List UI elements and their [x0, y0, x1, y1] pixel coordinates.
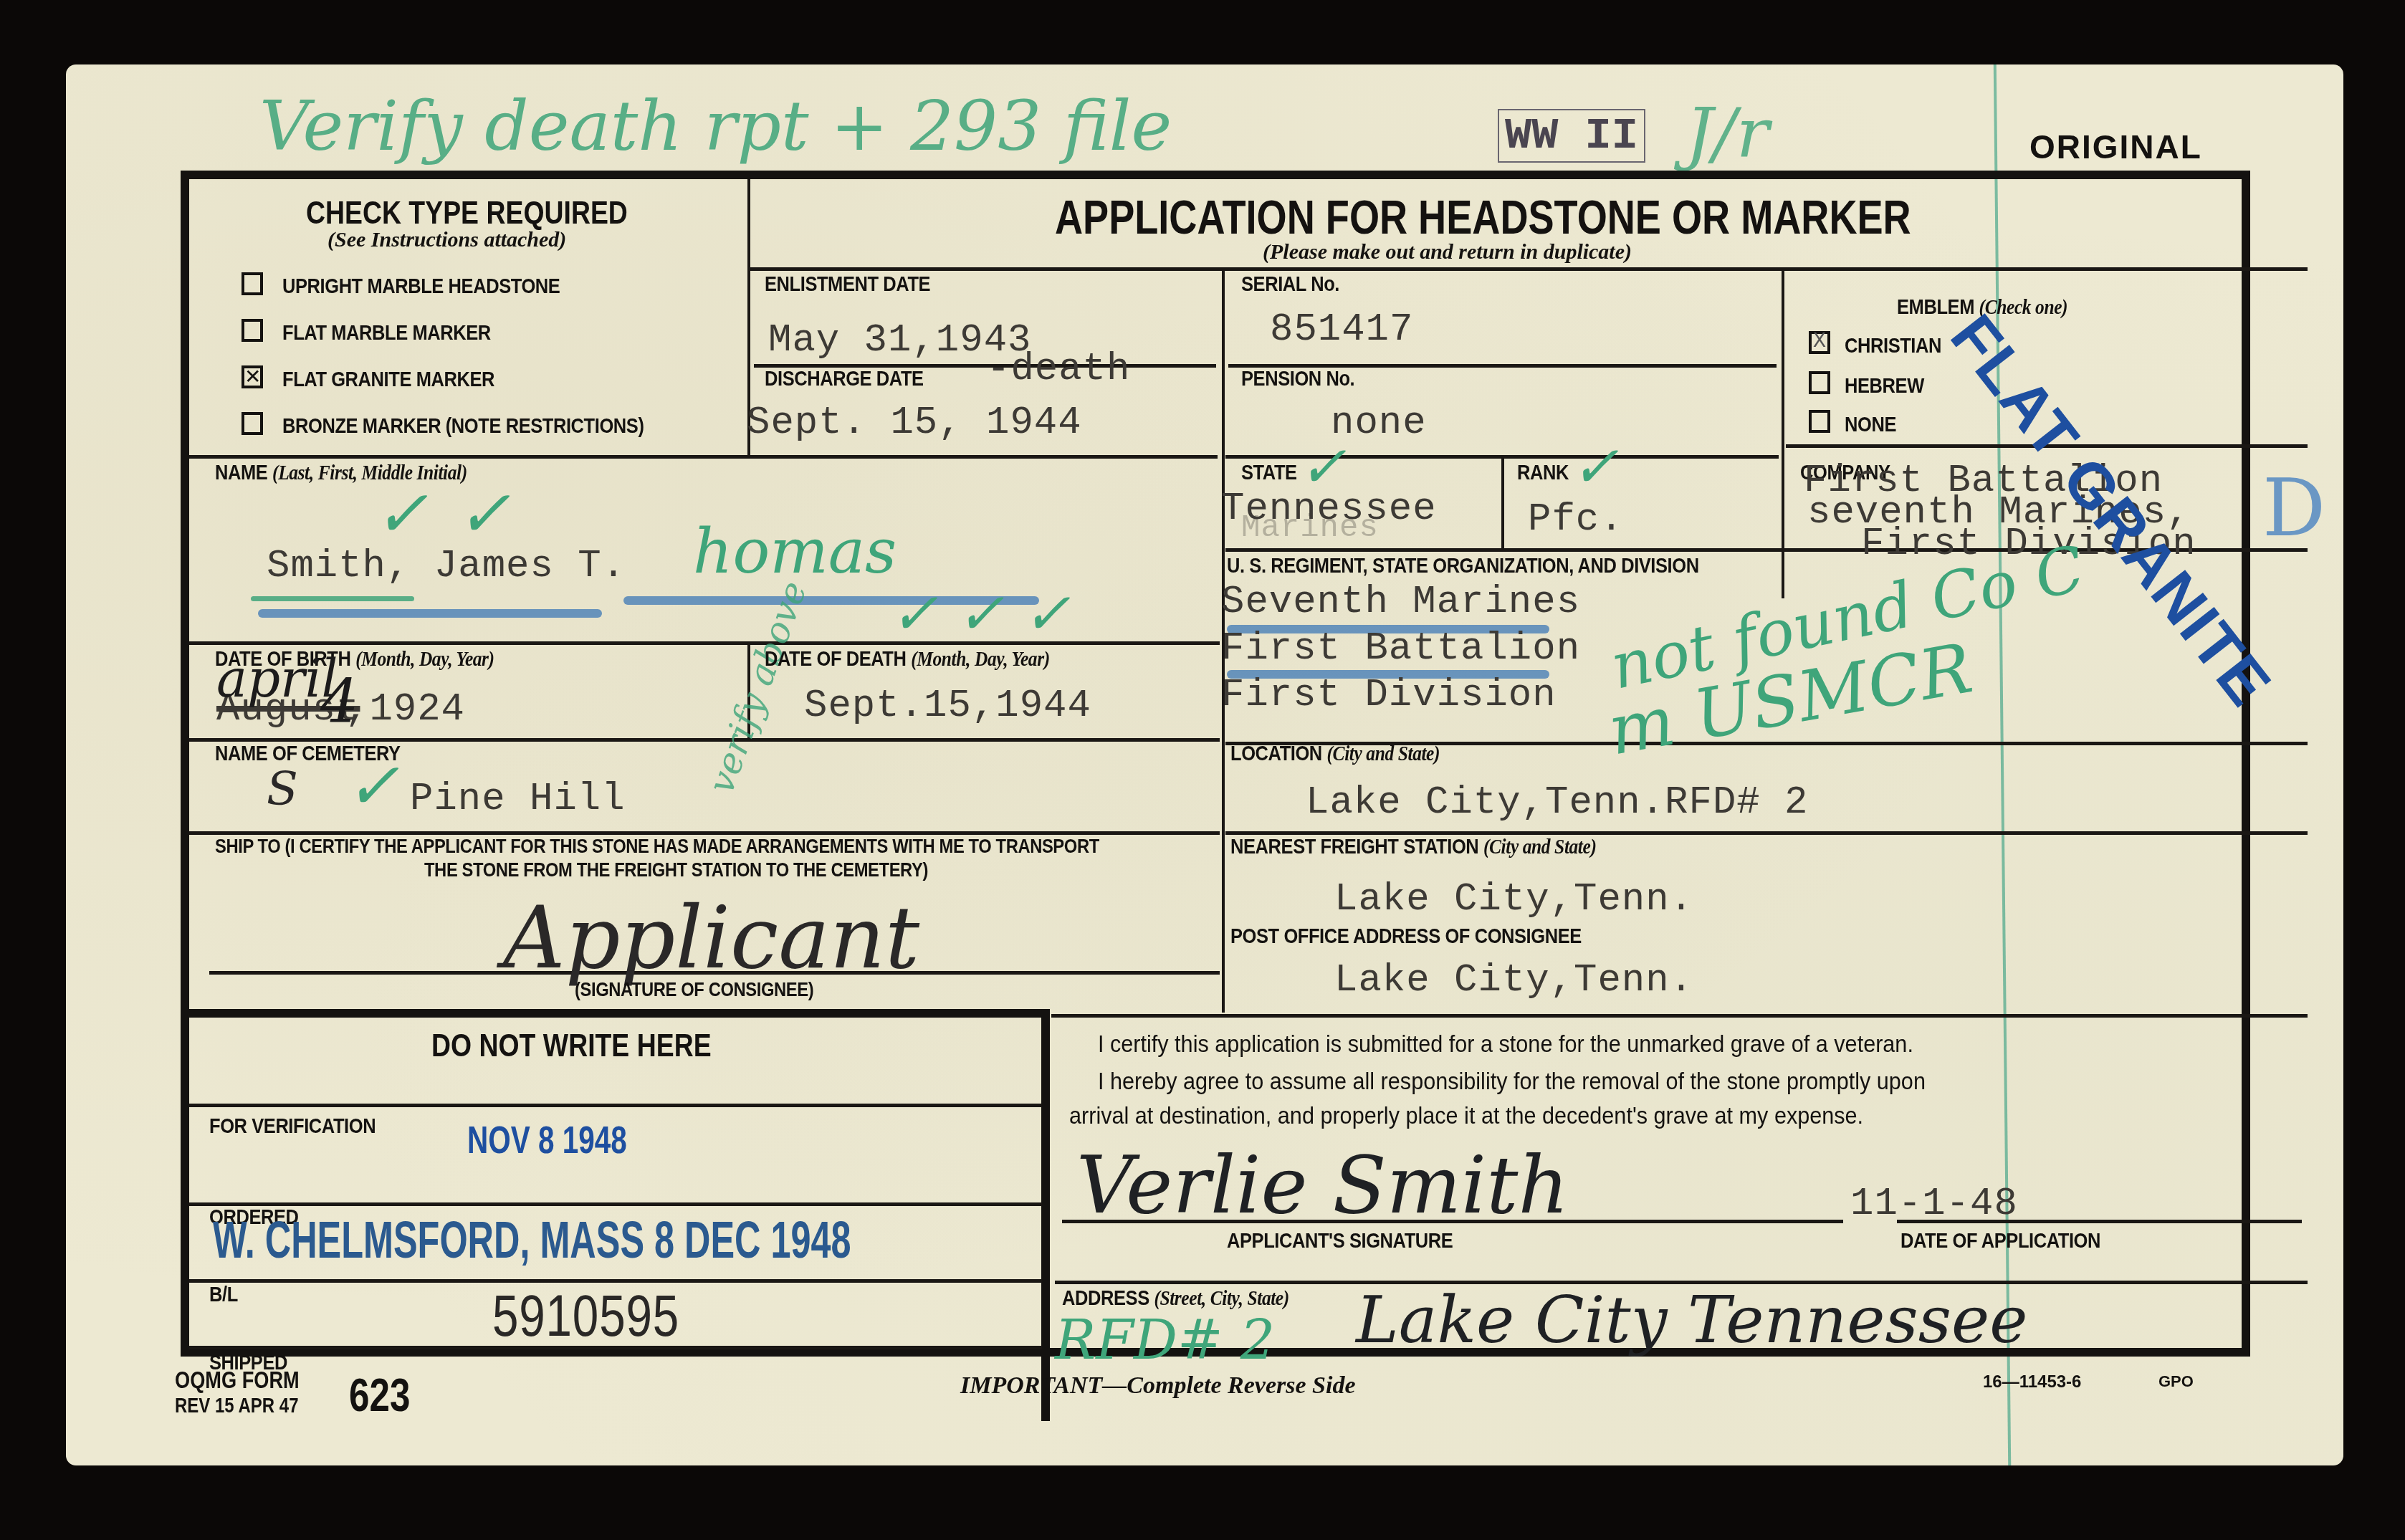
- form-title: APPLICATION FOR HEADSTONE OR MARKER: [1055, 190, 1911, 244]
- headstone-application-card: Verify death rpt + 293 file WW II J/r OR…: [66, 64, 2343, 1465]
- name-value: Smith, James T.: [267, 545, 626, 588]
- regiment-label: U. S. REGIMENT, STATE ORGANIZATION, AND …: [1227, 554, 1699, 578]
- state-label: STATE: [1241, 461, 1297, 485]
- regiment-line-1: Seventh Marines: [1221, 580, 1580, 624]
- applicant-signature: Verlie Smith: [1076, 1139, 1569, 1231]
- divider: [189, 1202, 1042, 1206]
- check-mark-icon: ✓: [1299, 434, 1347, 500]
- check-mark-icon: ✓: [1571, 434, 1619, 500]
- bronze-marker-label: BRONZE MARKER (NOTE RESTRICTIONS): [282, 414, 644, 439]
- location-value: Lake City,Tenn.RFD# 2: [1306, 781, 1809, 825]
- certification-line-3: arrival at destination, and properly pla…: [1069, 1102, 1863, 1130]
- upright-marble-label: UPRIGHT MARBLE HEADSTONE: [282, 274, 560, 299]
- applicant-signature-caption: APPLICANT'S SIGNATURE: [1227, 1229, 1453, 1253]
- do-not-write-heading: DO NOT WRITE HERE: [431, 1028, 712, 1064]
- hebrew-emblem-label: HEBREW: [1845, 374, 1924, 398]
- divider: [189, 455, 1218, 459]
- rank-label: RANK: [1517, 461, 1569, 485]
- divider: [749, 267, 2308, 271]
- address-value: Lake City Tennessee: [1356, 1283, 2028, 1358]
- name-label: NAME (Last, First, Middle Initial): [215, 461, 467, 485]
- cemetery-handwritten-prefix: S: [267, 763, 298, 816]
- check-mark-icon: ✓ ✓ ✓: [890, 580, 1071, 647]
- address-label: ADDRESS (Street, City, State): [1062, 1286, 1289, 1311]
- cemetery-value: Pine Hill: [410, 778, 626, 821]
- form-subtitle: (Please make out and return in duplicate…: [1263, 240, 1632, 264]
- date-of-birth-year: ,1924: [345, 688, 465, 732]
- flat-marble-checkbox[interactable]: [242, 319, 263, 342]
- none-emblem-checkbox[interactable]: [1809, 410, 1830, 433]
- bronze-marker-checkbox[interactable]: [242, 412, 263, 435]
- location-label: LOCATION (City and State): [1230, 742, 1440, 766]
- regiment-line-2: First Battalion: [1221, 627, 1580, 671]
- consignee-signature-caption: (SIGNATURE OF CONSIGNEE): [575, 978, 813, 1001]
- print-code: 16—11453-6: [1983, 1372, 2081, 1392]
- rank-value: Pfc.: [1528, 498, 1624, 542]
- blue-underline: [258, 609, 602, 618]
- state-faded-text: Marines: [1241, 510, 1379, 546]
- verification-date-stamp: NOV 8 1948: [467, 1118, 627, 1162]
- form-id-line-1: OQMG FORM: [175, 1367, 300, 1395]
- war-stamp: WW II: [1498, 109, 1645, 163]
- verification-label: FOR VERIFICATION: [209, 1114, 376, 1139]
- bl-label: B/L: [209, 1283, 238, 1307]
- original-label: ORIGINAL: [2029, 128, 2202, 166]
- ordered-date-stamp: W. CHELMSFORD, MASS 8 DEC 1948: [213, 1211, 851, 1270]
- divider: [189, 1104, 1042, 1107]
- flat-marble-label: FLAT MARBLE MARKER: [282, 321, 491, 345]
- christian-emblem-label: CHRISTIAN: [1845, 334, 1941, 358]
- pension-no-label: PENSION No.: [1241, 367, 1354, 391]
- printer-mark: GPO: [2158, 1372, 2194, 1391]
- divider: [1501, 459, 1504, 548]
- serial-no-label: SERIAL No.: [1241, 272, 1339, 297]
- certification-line-2: I hereby agree to assume all responsibil…: [1098, 1068, 1926, 1096]
- freight-station-label: NEAREST FREIGHT STATION (City and State): [1230, 835, 1596, 859]
- discharge-date-value: Sept. 15, 1944: [747, 401, 1082, 445]
- post-office-label: POST OFFICE ADDRESS OF CONSIGNEE: [1230, 924, 1582, 949]
- upright-marble-checkbox[interactable]: [242, 272, 263, 295]
- discharge-date-label: DISCHARGE DATE: [765, 367, 924, 391]
- circled-letter-annotation: D: [2262, 462, 2325, 554]
- green-underline: [251, 596, 414, 601]
- check-mark-icon: ✓: [456, 477, 510, 552]
- none-emblem-label: NONE: [1845, 413, 1896, 437]
- date-of-death-value: Sept.15,1944: [804, 684, 1091, 728]
- check-mark-icon: ✓: [374, 477, 428, 552]
- form-id-line-2: REV 15 APR 47: [175, 1394, 299, 1418]
- divider: [1051, 1014, 2308, 1018]
- application-date-caption: DATE OF APPLICATION: [1900, 1229, 2100, 1253]
- application-date-value: 11-1-48: [1850, 1182, 2018, 1226]
- discharge-date-note: -death: [987, 348, 1130, 391]
- initials-handwritten: J/r: [1686, 93, 1769, 173]
- flat-granite-checkbox-checked[interactable]: ✕: [242, 365, 263, 388]
- bl-value: 5910595: [492, 1283, 679, 1350]
- address-green-note: RFD# 2: [1055, 1308, 1275, 1372]
- post-office-value: Lake City,Tenn.: [1334, 959, 1693, 1003]
- date-of-death-label: DATE OF DEATH (Month, Day, Year): [765, 647, 1050, 671]
- form-number: 623: [349, 1369, 410, 1422]
- christian-emblem-checkbox-checked[interactable]: X: [1809, 331, 1830, 354]
- important-notice: IMPORTANT—Complete Reverse Side: [960, 1372, 1356, 1400]
- regiment-line-3: First Division: [1221, 674, 1557, 717]
- consignee-signature: Applicant: [503, 889, 919, 988]
- verification-note-handwritten: Verify death rpt + 293 file: [259, 86, 1172, 166]
- serial-no-value: 851417: [1270, 308, 1413, 352]
- enlistment-date-label: ENLISTMENT DATE: [765, 272, 930, 297]
- flat-granite-label: FLAT GRANITE MARKER: [282, 368, 494, 392]
- name-handwritten-addition: homas: [693, 516, 897, 588]
- check-type-subheading: (See Instructions attached): [327, 228, 566, 252]
- ship-to-label-line-2: THE STONE FROM THE FREIGHT STATION TO TH…: [424, 859, 928, 881]
- ship-to-label: SHIP TO (I CERTIFY THE APPLICANT FOR THI…: [215, 835, 1099, 858]
- certification-line-1: I certify this application is submitted …: [1098, 1030, 1913, 1058]
- freight-station-value: Lake City,Tenn.: [1334, 878, 1693, 922]
- check-mark-icon: ✓: [345, 749, 399, 824]
- check-type-heading: CHECK TYPE REQUIRED: [306, 196, 628, 231]
- hebrew-emblem-checkbox[interactable]: [1809, 371, 1830, 394]
